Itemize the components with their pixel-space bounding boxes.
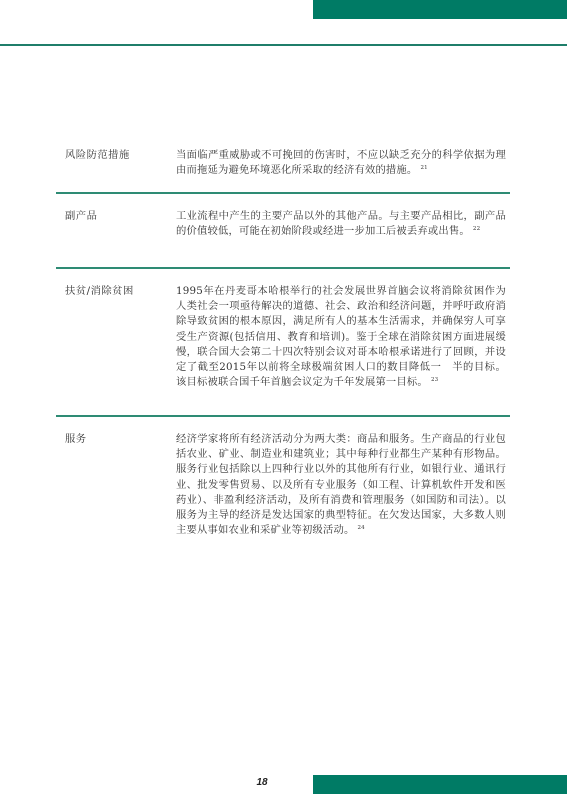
glossary-definition: 经济学家将所有经济活动分为两大类：商品和服务。生产商品的行业包括农业、矿业、制造… (176, 432, 506, 538)
entry-divider (56, 267, 510, 269)
header-rule (0, 44, 567, 46)
glossary-term: 扶贫/消除贫困 (65, 284, 134, 299)
footer-accent-bar (313, 775, 567, 794)
entry-divider (56, 415, 510, 417)
footnote-marker: 22 (473, 226, 480, 232)
glossary-term: 副产品 (65, 209, 97, 224)
footnote-marker: 21 (420, 165, 427, 171)
glossary-definition: 工业流程中产生的主要产品以外的其他产品。与主要产品相比，副产品的价值较低，可能在… (176, 209, 506, 239)
glossary-definition: 当面临严重威胁或不可挽回的伤害时，不应以缺乏充分的科学依据为理由而拖延为避免环境… (176, 148, 506, 178)
footnote-marker: 23 (431, 377, 438, 383)
footnote-marker: 24 (357, 525, 364, 531)
definition-text: 工业流程中产生的主要产品以外的其他产品。与主要产品相比，副产品的价值较低，可能在… (176, 210, 506, 237)
definition-text: 经济学家将所有经济活动分为两大类：商品和服务。生产商品的行业包括农业、矿业、制造… (176, 433, 506, 536)
definition-text: 1995年在丹麦哥本哈根举行的社会发展世界首脑会议将消除贫困作为人类社会一项亟待… (176, 285, 506, 388)
glossary-definition: 1995年在丹麦哥本哈根举行的社会发展世界首脑会议将消除贫困作为人类社会一项亟待… (176, 284, 506, 390)
definition-text: 当面临严重威胁或不可挽回的伤害时，不应以缺乏充分的科学依据为理由而拖延为避免环境… (176, 149, 506, 176)
header-accent-bar (313, 0, 567, 19)
glossary-term: 风险防范措施 (65, 148, 130, 163)
glossary-term: 服务 (65, 432, 87, 447)
page-number: 18 (250, 777, 274, 788)
entry-divider (56, 192, 510, 194)
